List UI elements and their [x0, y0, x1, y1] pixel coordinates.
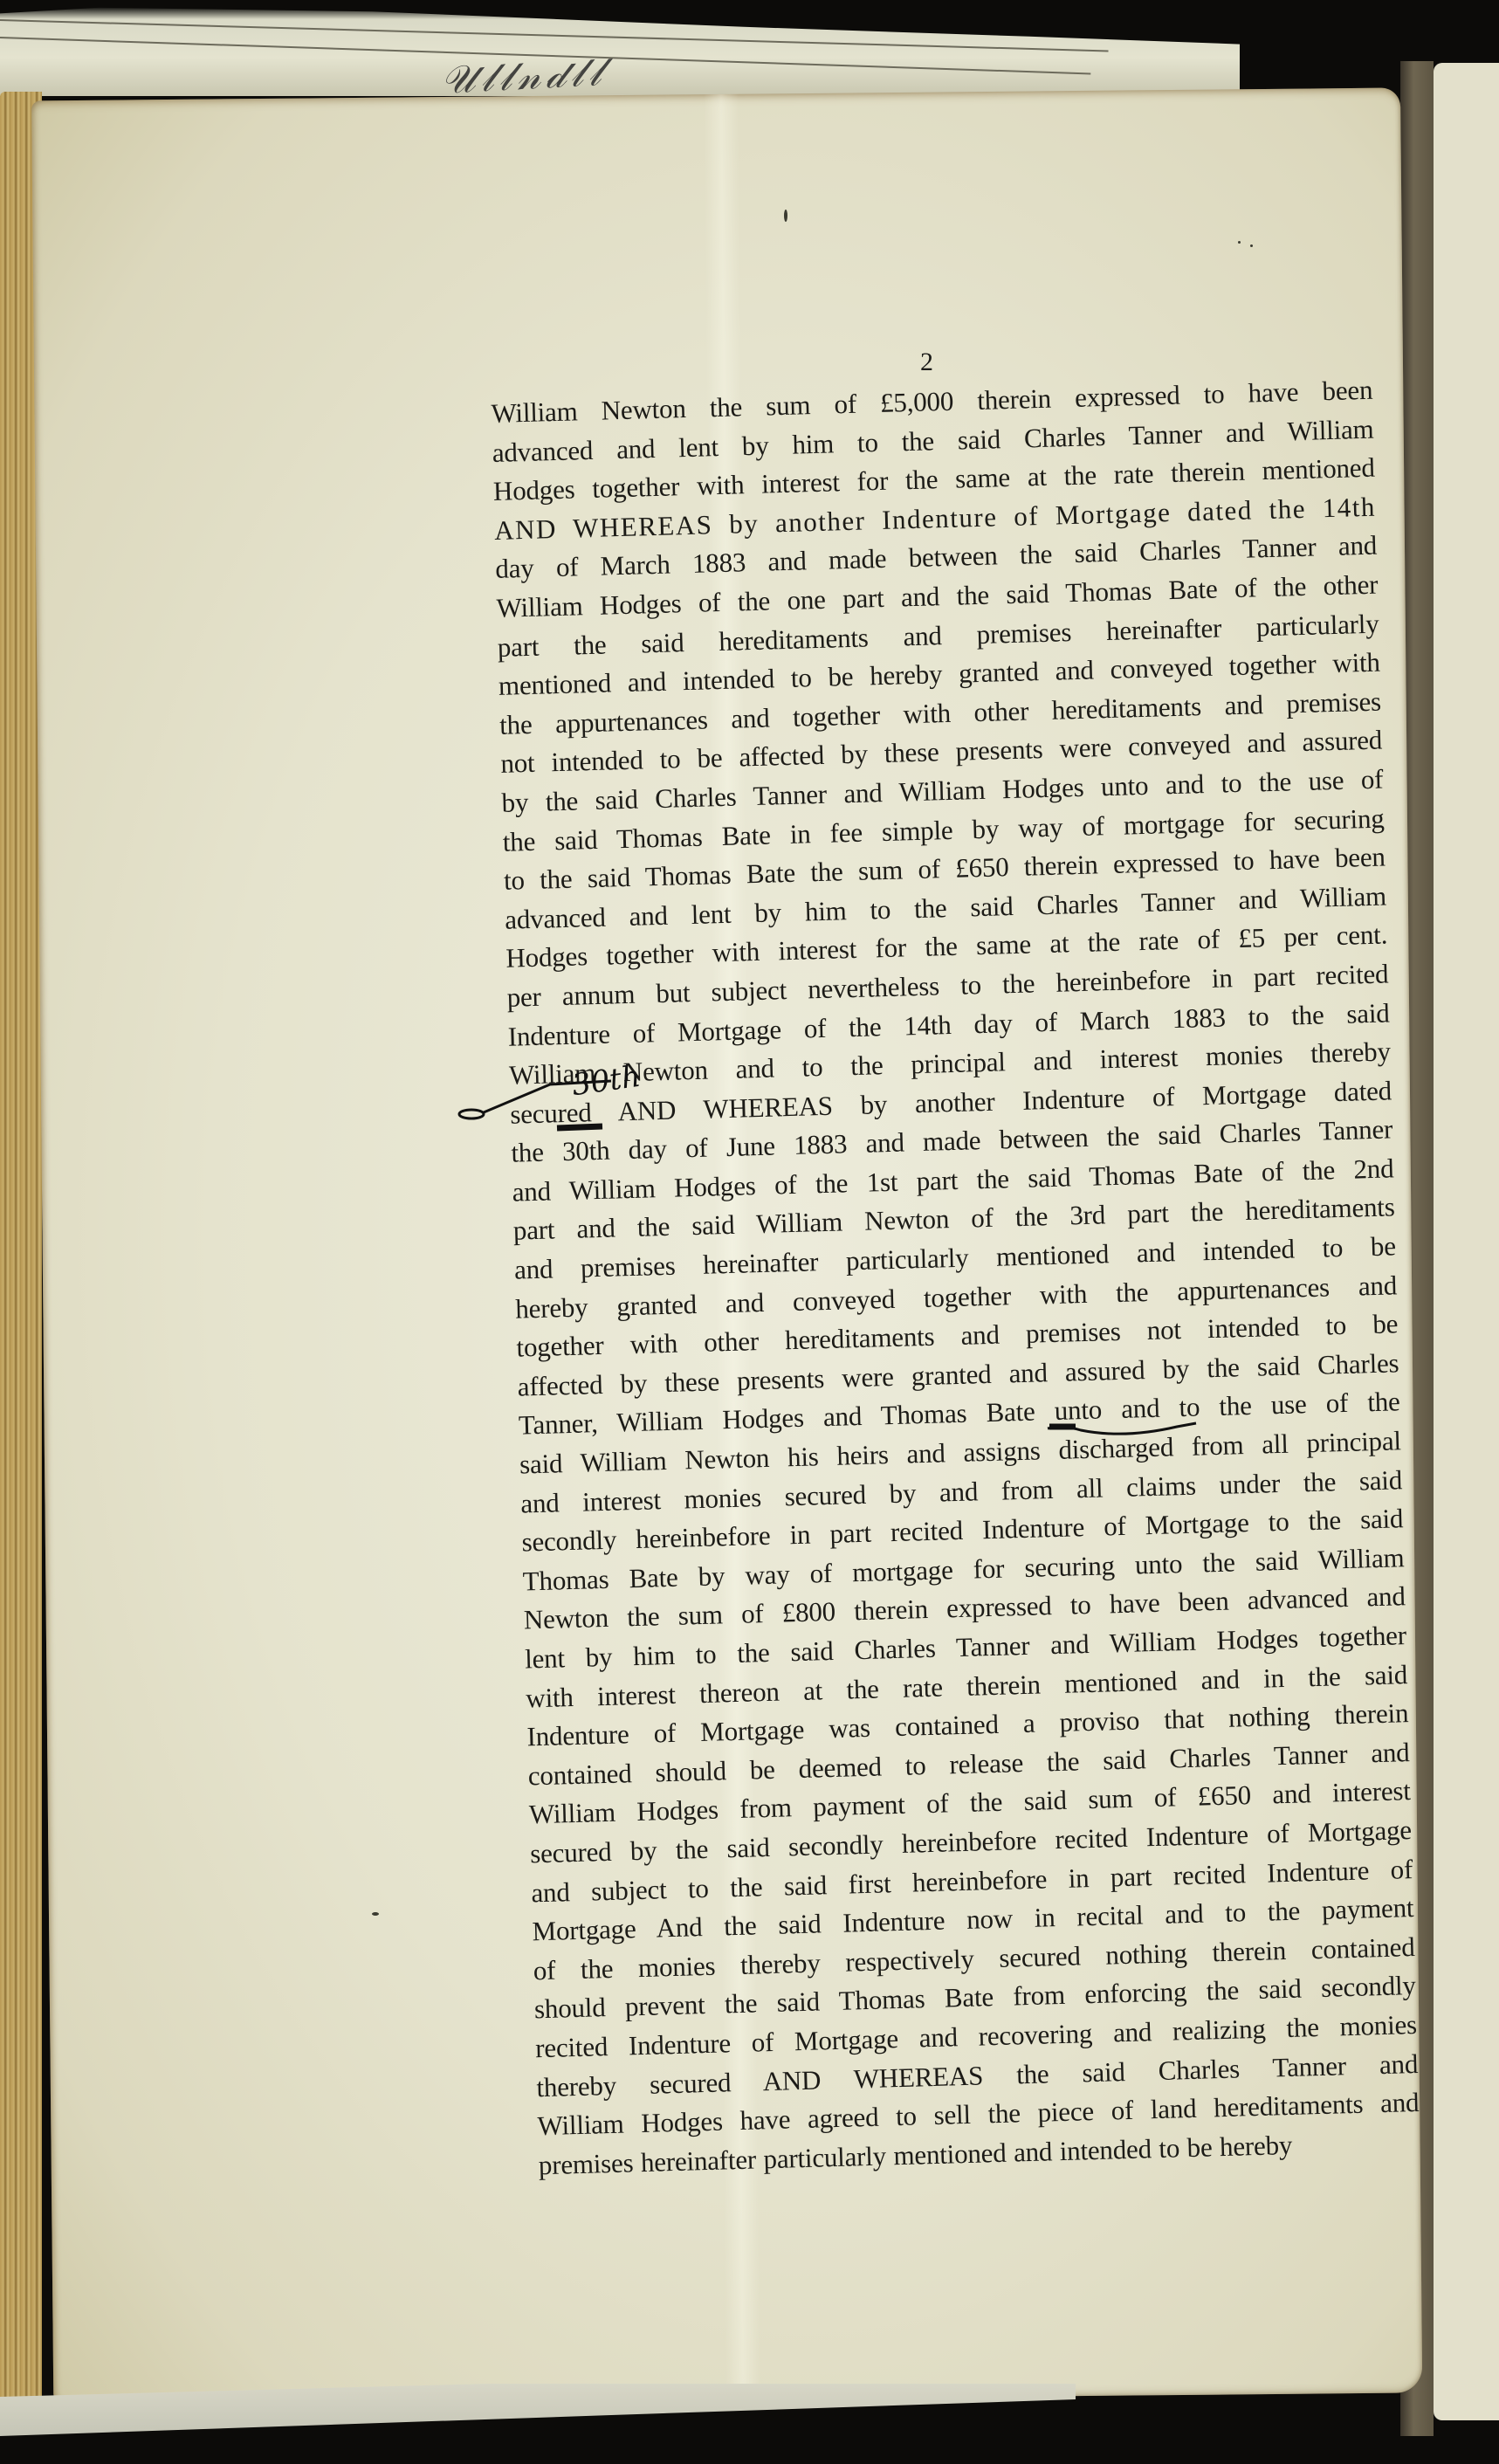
- page-number: 2: [920, 348, 933, 377]
- ink-speck: [1238, 241, 1241, 244]
- ink-speck: [1250, 244, 1253, 247]
- next-page-sliver: [1434, 63, 1499, 2420]
- ink-speck: [784, 210, 787, 222]
- ink-speck: [372, 1912, 379, 1916]
- document-body-text: William Newton the sum of £5,000 therein…: [491, 371, 1420, 2185]
